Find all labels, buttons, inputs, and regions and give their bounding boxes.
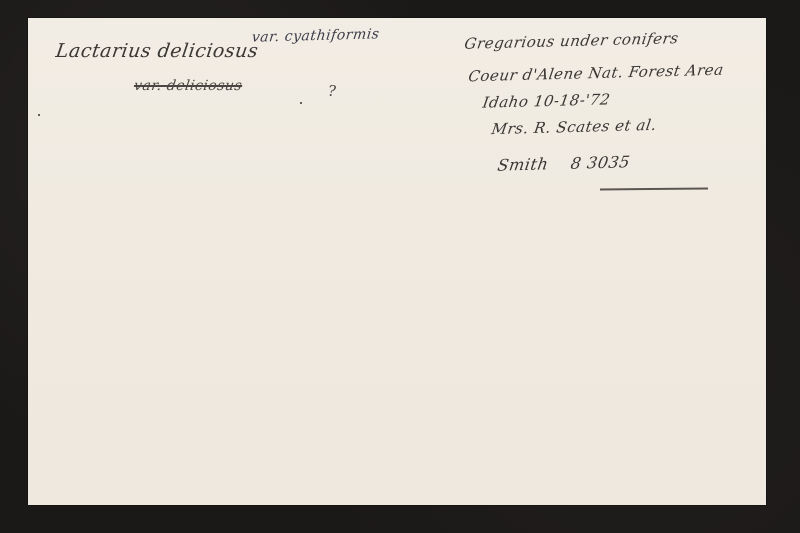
number-underline	[600, 188, 708, 191]
taxon-name: Lactarius deliciosus	[54, 40, 259, 62]
collectors-line: Mrs. R. Scates et al.	[490, 116, 658, 138]
variety-annotation: var. cyathiformis	[251, 26, 381, 45]
ink-speck	[38, 114, 40, 116]
struck-variety: var. deliciosus	[133, 78, 243, 94]
herbarium-label-card: var. cyathiformis Lactarius deliciosus v…	[28, 18, 766, 505]
state-date-line: Idaho 10-18-'72	[481, 90, 611, 111]
habitat-line: Gregarious under conifers	[463, 29, 680, 53]
collector-number-line: Smith 8 3035	[496, 152, 631, 174]
collector-name: Smith	[496, 154, 550, 174]
location-line: Coeur d'Alene Nat. Forest Area	[467, 61, 725, 86]
ink-speck	[300, 102, 302, 104]
collector-number: 8 3035	[569, 152, 631, 173]
question-mark: ?	[328, 82, 337, 100]
